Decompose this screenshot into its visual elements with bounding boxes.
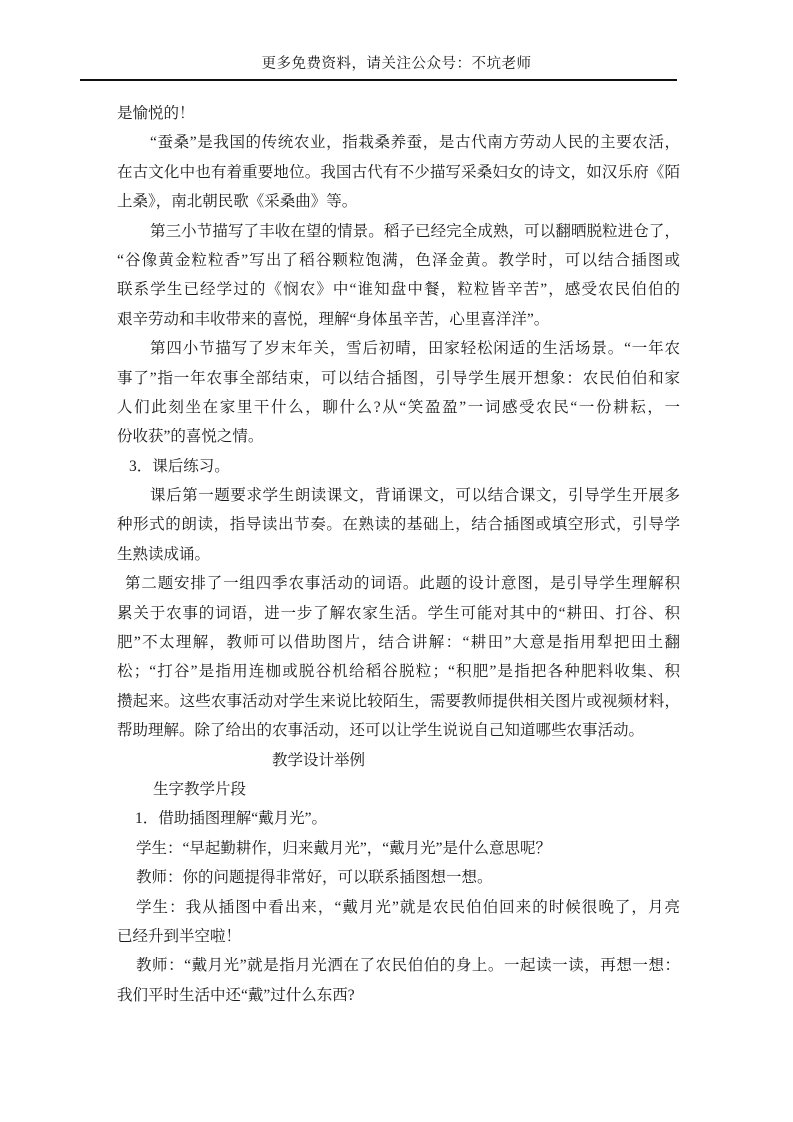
text-line: 第四小节描写了岁末年关，雪后初晴，田家轻松闲适的生活场景。“一年农 [117, 334, 680, 363]
text-line: 事了”指一年农事全部结束，可以结合插图，引导学生展开想象：农民伯伯和家 [117, 364, 680, 393]
text-line: 第三小节描写了丰收在望的情景。稻子已经完全成熟，可以翻晒脱粒进仓了， [117, 217, 680, 246]
document-page: 更多免费资料，请关注公众号：不坑老师 是愉悦的！“蚕桑”是我国的传统农业，指栽桑… [0, 0, 793, 1122]
text-line: 种形式的朗读，指导读出节奏。在熟读的基础上，结合插图或填空形式，引导学 [117, 510, 680, 539]
text-line: 攒起来。这些农事活动对学生来说比较陌生，需要教师提供相关图片或视频材料， [117, 687, 680, 716]
text-line: 生字教学片段 [117, 775, 680, 804]
text-line: “谷像黄金粒粒香”写出了稻谷颗粒饱满，色泽金黄。教学时，可以结合插图或 [117, 246, 680, 275]
text-line: 教学设计举例 [117, 746, 680, 775]
text-line: 第二题安排了一组四季农事活动的词语。此题的设计意图，是引导学生理解积 [117, 569, 680, 598]
text-line: 帮助理解。除了给出的农事活动，还可以让学生说说自己知道哪些农事活动。 [117, 716, 680, 745]
text-line: 学生：“早起勤耕作，归来戴月光”，“戴月光”是什么意思呢？ [117, 834, 680, 863]
header-divider [80, 79, 677, 81]
text-line: 人们此刻坐在家里干什么，聊什么?从“笑盈盈”一词感受农民“一份耕耘，一 [117, 393, 680, 422]
text-line: 累关于农事的词语，进一步了解农家生活。学生可能对其中的“耕田、打谷、积 [117, 599, 680, 628]
text-line: 肥”不太理解，教师可以借助图片，结合讲解：“耕田”大意是指用犁把田土翻 [117, 628, 680, 657]
text-line: 联系学生已经学过的《悯农》中“谁知盘中餐，粒粒皆辛苦”，感受农民伯伯的 [117, 275, 680, 304]
text-line: 课后第一题要求学生朗读课文，背诵课文，可以结合课文，引导学生开展多 [117, 481, 680, 510]
page-header: 更多免费资料，请关注公众号：不坑老师 [0, 54, 793, 75]
text-line: 是愉悦的！ [117, 99, 680, 128]
text-line: “蚕桑”是我国的传统农业，指栽桑养蚕，是古代南方劳动人民的主要农活， [117, 128, 680, 157]
text-line: 份收获”的喜悦之情。 [117, 422, 680, 451]
text-line: 我们平时生活中还“戴”过什么东西? [117, 981, 680, 1010]
text-line: 教师：“戴月光”就是指月光洒在了农民伯伯的身上。一起读一读，再想一想： [117, 951, 680, 980]
text-line: 松；“打谷”是指用连枷或脱谷机给稻谷脱粒；“积肥”是指把各种肥料收集、积 [117, 657, 680, 686]
text-line: 1．借助插图理解“戴月光”。 [117, 804, 680, 833]
document-body: 是愉悦的！“蚕桑”是我国的传统农业，指栽桑养蚕，是古代南方劳动人民的主要农活，在… [117, 99, 680, 1010]
text-line: 上桑》，南北朝民歌《采桑曲》等。 [117, 187, 680, 216]
text-line: 生熟读成诵。 [117, 540, 680, 569]
text-line: 教师：你的问题提得非常好，可以联系插图想一想。 [117, 863, 680, 892]
text-line: 已经升到半空啦！ [117, 922, 680, 951]
text-line: 学生：我从插图中看出来，“戴月光”就是农民伯伯回来的时候很晚了，月亮 [117, 893, 680, 922]
text-line: 在古文化中也有着重要地位。我国古代有不少描写采桑妇女的诗文，如汉乐府《陌 [117, 158, 680, 187]
text-line: 艰辛劳动和丰收带来的喜悦，理解“身体虽辛苦，心里喜洋洋”。 [117, 305, 680, 334]
header-text: 更多免费资料，请关注公众号：不坑老师 [262, 56, 532, 72]
text-line: 3．课后练习。 [117, 452, 680, 481]
